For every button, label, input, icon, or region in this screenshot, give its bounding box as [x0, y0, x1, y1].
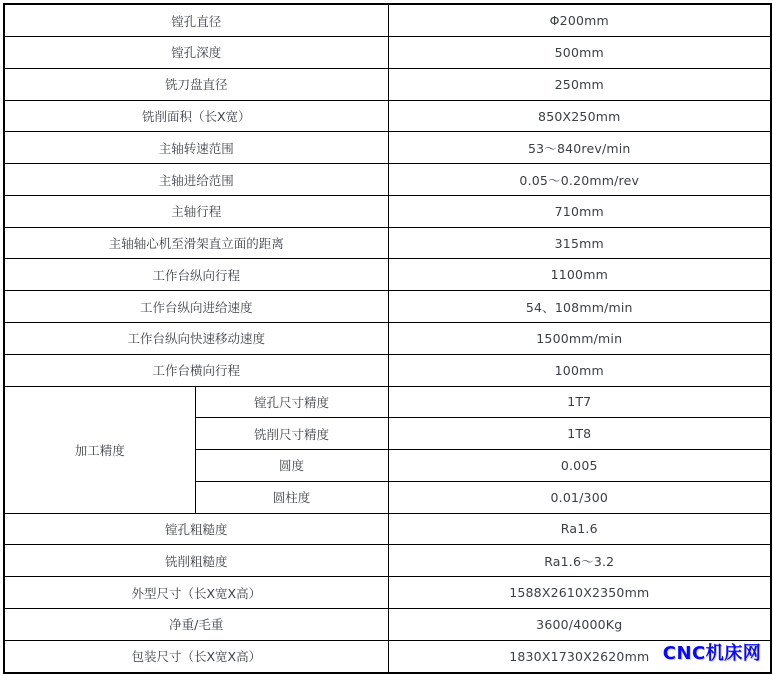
spec-value-cell: Ra1.6～3.2 [388, 545, 771, 577]
spec-label-cell: 主轴行程 [4, 195, 388, 227]
spec-value-cell: 710mm [388, 195, 771, 227]
table-row: 净重/毛重3600/4000Kg [4, 608, 771, 640]
spec-table: 镗孔直径Φ200mm镗孔深度500mm铣刀盘直径250mm铣削面积（长X宽）85… [3, 3, 772, 674]
table-row: 铣削粗糙度Ra1.6～3.2 [4, 545, 771, 577]
spec-sublabel-cell: 铣削尺寸精度 [195, 418, 388, 450]
spec-value-cell: 500mm [388, 37, 771, 69]
spec-sublabel-cell: 镗孔尺寸精度 [195, 386, 388, 418]
group-label-cell: 加工精度 [4, 386, 195, 513]
spec-label-cell: 铣削粗糙度 [4, 545, 388, 577]
table-row: 主轴进给范围0.05～0.20mm/rev [4, 164, 771, 196]
table-row: 主轴转速范围53～840rev/min [4, 132, 771, 164]
spec-label-cell: 工作台纵向快速移动速度 [4, 323, 388, 355]
spec-value-cell: 0.05～0.20mm/rev [388, 164, 771, 196]
table-row: 铣削面积（长X宽）850X250mm [4, 100, 771, 132]
spec-label-cell: 主轴轴心机至滑架直立面的距离 [4, 227, 388, 259]
spec-value-cell: 3600/4000Kg [388, 608, 771, 640]
table-row: 外型尺寸（长X宽X高）1588X2610X2350mm [4, 577, 771, 609]
spec-value-cell: 54、108mm/min [388, 291, 771, 323]
spec-value-cell: 1100mm [388, 259, 771, 291]
spec-label-cell: 主轴进给范围 [4, 164, 388, 196]
spec-value-cell: 1T7 [388, 386, 771, 418]
spec-value-cell: 1500mm/min [388, 323, 771, 355]
table-row: 主轴行程710mm [4, 195, 771, 227]
spec-label-cell: 镗孔粗糙度 [4, 513, 388, 545]
spec-label-cell: 净重/毛重 [4, 608, 388, 640]
spec-value-cell: Ra1.6 [388, 513, 771, 545]
table-row: 工作台纵向行程1100mm [4, 259, 771, 291]
table-row: 工作台纵向快速移动速度1500mm/min [4, 323, 771, 355]
spec-value-cell: 1830X1730X2620mm [388, 640, 771, 673]
spec-sublabel-cell: 圆柱度 [195, 481, 388, 513]
spec-table-body: 镗孔直径Φ200mm镗孔深度500mm铣刀盘直径250mm铣削面积（长X宽）85… [4, 4, 771, 673]
spec-value-cell: 100mm [388, 354, 771, 386]
spec-value-cell: 0.01/300 [388, 481, 771, 513]
spec-label-cell: 主轴转速范围 [4, 132, 388, 164]
spec-value-cell: 1T8 [388, 418, 771, 450]
table-row: 镗孔粗糙度Ra1.6 [4, 513, 771, 545]
table-row: 工作台纵向进给速度54、108mm/min [4, 291, 771, 323]
spec-label-cell: 镗孔深度 [4, 37, 388, 69]
table-row: 镗孔深度500mm [4, 37, 771, 69]
spec-label-cell: 镗孔直径 [4, 4, 388, 37]
spec-value-cell: 850X250mm [388, 100, 771, 132]
spec-value-cell: 1588X2610X2350mm [388, 577, 771, 609]
spec-value-cell: 0.005 [388, 450, 771, 482]
table-row: 主轴轴心机至滑架直立面的距离315mm [4, 227, 771, 259]
spec-value-cell: 53～840rev/min [388, 132, 771, 164]
spec-value-cell: Φ200mm [388, 4, 771, 37]
table-row: 镗孔直径Φ200mm [4, 4, 771, 37]
spec-label-cell: 工作台横向行程 [4, 354, 388, 386]
table-row: 铣刀盘直径250mm [4, 68, 771, 100]
spec-label-cell: 铣削面积（长X宽） [4, 100, 388, 132]
table-row: 包装尺寸（长X宽X高）1830X1730X2620mm [4, 640, 771, 673]
spec-label-cell: 工作台纵向进给速度 [4, 291, 388, 323]
spec-label-cell: 铣刀盘直径 [4, 68, 388, 100]
spec-label-cell: 包装尺寸（长X宽X高） [4, 640, 388, 673]
spec-value-cell: 250mm [388, 68, 771, 100]
spec-label-cell: 工作台纵向行程 [4, 259, 388, 291]
spec-value-cell: 315mm [388, 227, 771, 259]
spec-label-cell: 外型尺寸（长X宽X高） [4, 577, 388, 609]
table-row: 加工精度镗孔尺寸精度1T7 [4, 386, 771, 418]
table-row: 工作台横向行程100mm [4, 354, 771, 386]
spec-sublabel-cell: 圆度 [195, 450, 388, 482]
